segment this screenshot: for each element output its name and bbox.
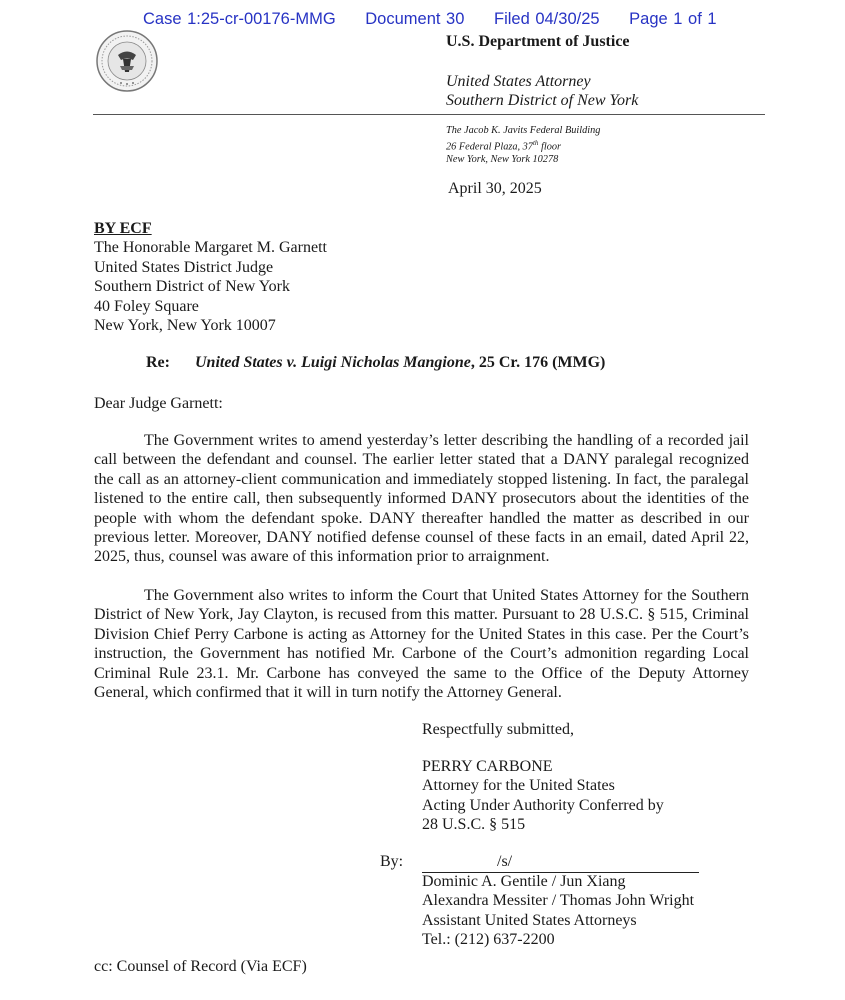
- salutation: Dear Judge Garnett:: [94, 395, 223, 413]
- signature-line: /s/: [422, 853, 699, 873]
- ausa-title: Assistant United States Attorneys: [422, 911, 694, 930]
- signature-mark: /s/: [497, 853, 512, 871]
- department-name: U.S. Department of Justice: [446, 33, 630, 51]
- office-line-1: United States Attorney: [446, 72, 638, 91]
- case-docket: , 25 Cr. 176 (MMG): [471, 354, 606, 371]
- ausa-names: Dominic A. Gentile / Jun Xiang: [422, 872, 694, 891]
- signer-name: PERRY CARBONE: [422, 757, 664, 776]
- case-number: Case 1:25-cr-00176-MMG: [143, 10, 336, 28]
- recipient-line: 40 Foley Square: [94, 297, 327, 316]
- letter-date: April 30, 2025: [448, 180, 542, 198]
- recipient-line: New York, New York 10007: [94, 316, 327, 335]
- document-number: Document 30: [365, 10, 464, 28]
- case-caption: United States v. Luigi Nicholas Mangione: [195, 354, 471, 371]
- ausa-block: Dominic A. Gentile / Jun Xiang Alexandra…: [422, 872, 694, 950]
- letterhead-divider: [93, 114, 765, 115]
- ecf-filing-header: Case 1:25-cr-00176-MMG Document 30 Filed…: [143, 10, 741, 29]
- subject-line: Re:United States v. Luigi Nicholas Mangi…: [146, 354, 605, 372]
- office-line-2: Southern District of New York: [446, 91, 638, 110]
- signer-title: Acting Under Authority Conferred by: [422, 796, 664, 815]
- address-line-3: New York, New York 10278: [446, 153, 600, 166]
- ausa-phone: Tel.: (212) 637-2200: [422, 930, 694, 949]
- signer-title: 28 U.S.C. § 515: [422, 815, 664, 834]
- office-address: The Jacob K. Javits Federal Building 26 …: [446, 124, 600, 166]
- by-label: By:: [380, 853, 403, 871]
- recipient-block: BY ECF The Honorable Margaret M. Garnett…: [94, 219, 327, 335]
- office-name: United States Attorney Southern District…: [446, 72, 638, 110]
- delivery-method: BY ECF: [94, 219, 327, 238]
- filed-date: Filed 04/30/25: [494, 10, 600, 28]
- address-line-1: The Jacob K. Javits Federal Building: [446, 124, 600, 137]
- re-label: Re:: [146, 354, 195, 372]
- ausa-names: Alexandra Messiter / Thomas John Wright: [422, 891, 694, 910]
- address-line-2: 26 Federal Plaza, 37th floor: [446, 137, 600, 153]
- body-paragraph-1: The Government writes to amend yesterday…: [94, 431, 749, 567]
- recipient-line: Southern District of New York: [94, 277, 327, 296]
- recipient-line: United States District Judge: [94, 258, 327, 277]
- signer-title: Attorney for the United States: [422, 776, 664, 795]
- cc-line: cc: Counsel of Record (Via ECF): [94, 958, 307, 976]
- body-paragraph-2: The Government also writes to inform the…: [94, 586, 749, 702]
- signer-block: PERRY CARBONE Attorney for the United St…: [422, 757, 664, 835]
- page-count: Page 1 of 1: [629, 10, 716, 28]
- doj-seal-icon: [96, 30, 158, 92]
- recipient-line: The Honorable Margaret M. Garnett: [94, 238, 327, 257]
- closing: Respectfully submitted,: [422, 721, 574, 739]
